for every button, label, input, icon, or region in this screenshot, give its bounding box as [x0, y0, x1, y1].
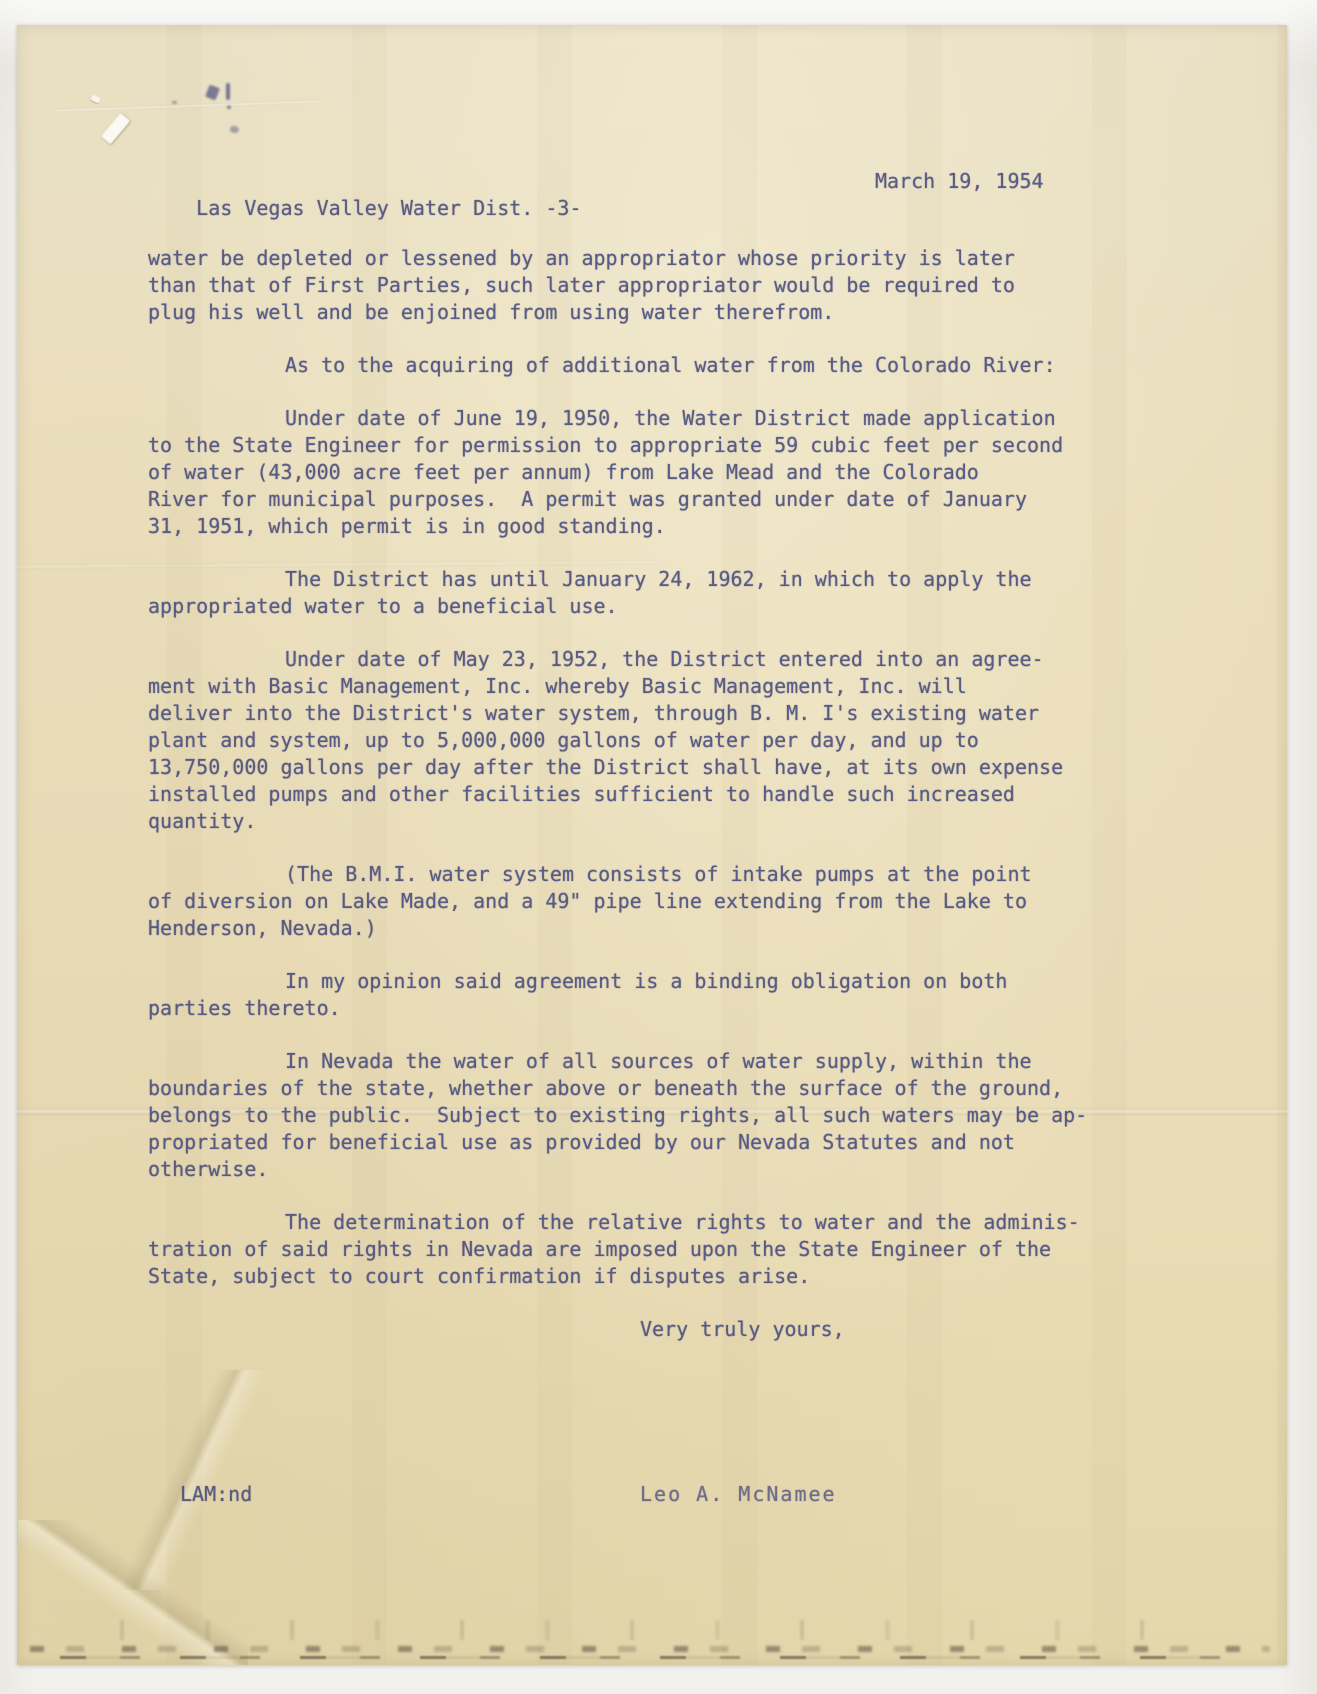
signature-block: LAM:nd Leo A. McNamee: [148, 1481, 1108, 1508]
paragraph: Under date of May 23, 1952, the District…: [148, 646, 1108, 835]
letter-line: 13,750,000 gallons per day after the Dis…: [148, 754, 1108, 781]
letter-line: quantity.: [148, 808, 1108, 835]
letter-line: appropriated water to a beneficial use.: [148, 593, 1108, 620]
letter-line: otherwise.: [148, 1156, 1108, 1183]
letter-header: Las Vegas Valley Water Dist. -3- March 1…: [148, 168, 1108, 195]
letter-line: In Nevada the water of all sources of wa…: [148, 1048, 1108, 1075]
bottom-edge-smudge: [120, 1620, 1170, 1640]
letter-line: deliver into the District's water system…: [148, 700, 1108, 727]
letter-line: propriated for beneficial use as provide…: [148, 1129, 1108, 1156]
letter-line: As to the acquiring of additional water …: [148, 352, 1108, 379]
paragraph: The District has until January 24, 1962,…: [148, 566, 1108, 620]
letter-line: plant and system, up to 5,000,000 gallon…: [148, 727, 1108, 754]
letter-line: installed pumps and other facilities suf…: [148, 781, 1108, 808]
letter-line: 31, 1951, which permit is in good standi…: [148, 513, 1108, 540]
letter-line: of diversion on Lake Made, and a 49" pip…: [148, 888, 1108, 915]
bottom-edge-smudge: [30, 1646, 1270, 1652]
ink-smudge: [230, 126, 239, 133]
letter-line: of water (43,000 acre feet per annum) fr…: [148, 459, 1108, 486]
paragraph: Under date of June 19, 1950, the Water D…: [148, 405, 1108, 540]
letter-line: (The B.M.I. water system consists of int…: [148, 861, 1108, 888]
letter-line: Under date of May 23, 1952, the District…: [148, 646, 1108, 673]
letter-line: State, subject to court confirmation if …: [148, 1263, 1108, 1290]
letter-line: The determination of the relative rights…: [148, 1209, 1108, 1236]
letter-line: River for municipal purposes. A permit w…: [148, 486, 1108, 513]
header-left: Las Vegas Valley Water Dist. -3-: [196, 196, 581, 220]
letter-body: water be depleted or lessened by an appr…: [148, 245, 1108, 1290]
header-date: March 19, 1954: [875, 168, 1044, 195]
letter-line: than that of First Parties, such later a…: [148, 272, 1108, 299]
paragraph: water be depleted or lessened by an appr…: [148, 245, 1108, 326]
bottom-edge-smudge: [60, 1656, 1240, 1659]
letter-line: belongs to the public. Subject to existi…: [148, 1102, 1108, 1129]
closing: Very truly yours,: [148, 1316, 1108, 1343]
letter-line: boundaries of the state, whether above o…: [148, 1075, 1108, 1102]
letter-line: water be depleted or lessened by an appr…: [148, 245, 1108, 272]
letter-line: In my opinion said agreement is a bindin…: [148, 968, 1108, 995]
signature-name: Leo A. McNamee: [640, 1481, 837, 1508]
letter-line: Henderson, Nevada.): [148, 915, 1108, 942]
letter-line: Under date of June 19, 1950, the Water D…: [148, 405, 1108, 432]
paragraph: In my opinion said agreement is a bindin…: [148, 968, 1108, 1022]
letter-line: tration of said rights in Nevada are imp…: [148, 1236, 1108, 1263]
letter-line: parties thereto.: [148, 995, 1108, 1022]
letter-line: plug his well and be enjoined from using…: [148, 299, 1108, 326]
ink-smudge: [226, 83, 230, 100]
letter-line: to the State Engineer for permission to …: [148, 432, 1108, 459]
paragraph: (The B.M.I. water system consists of int…: [148, 861, 1108, 942]
letter-content: Las Vegas Valley Water Dist. -3- March 1…: [148, 168, 1108, 1508]
paragraph: As to the acquiring of additional water …: [148, 352, 1108, 379]
letter-line: ment with Basic Management, Inc. whereby…: [148, 673, 1108, 700]
corner-crease: [18, 1520, 248, 1665]
letter-line: The District has until January 24, 1962,…: [148, 566, 1108, 593]
paragraph: The determination of the relative rights…: [148, 1209, 1108, 1290]
paragraph: In Nevada the water of all sources of wa…: [148, 1048, 1108, 1183]
typist-initials: LAM:nd: [180, 1481, 252, 1508]
